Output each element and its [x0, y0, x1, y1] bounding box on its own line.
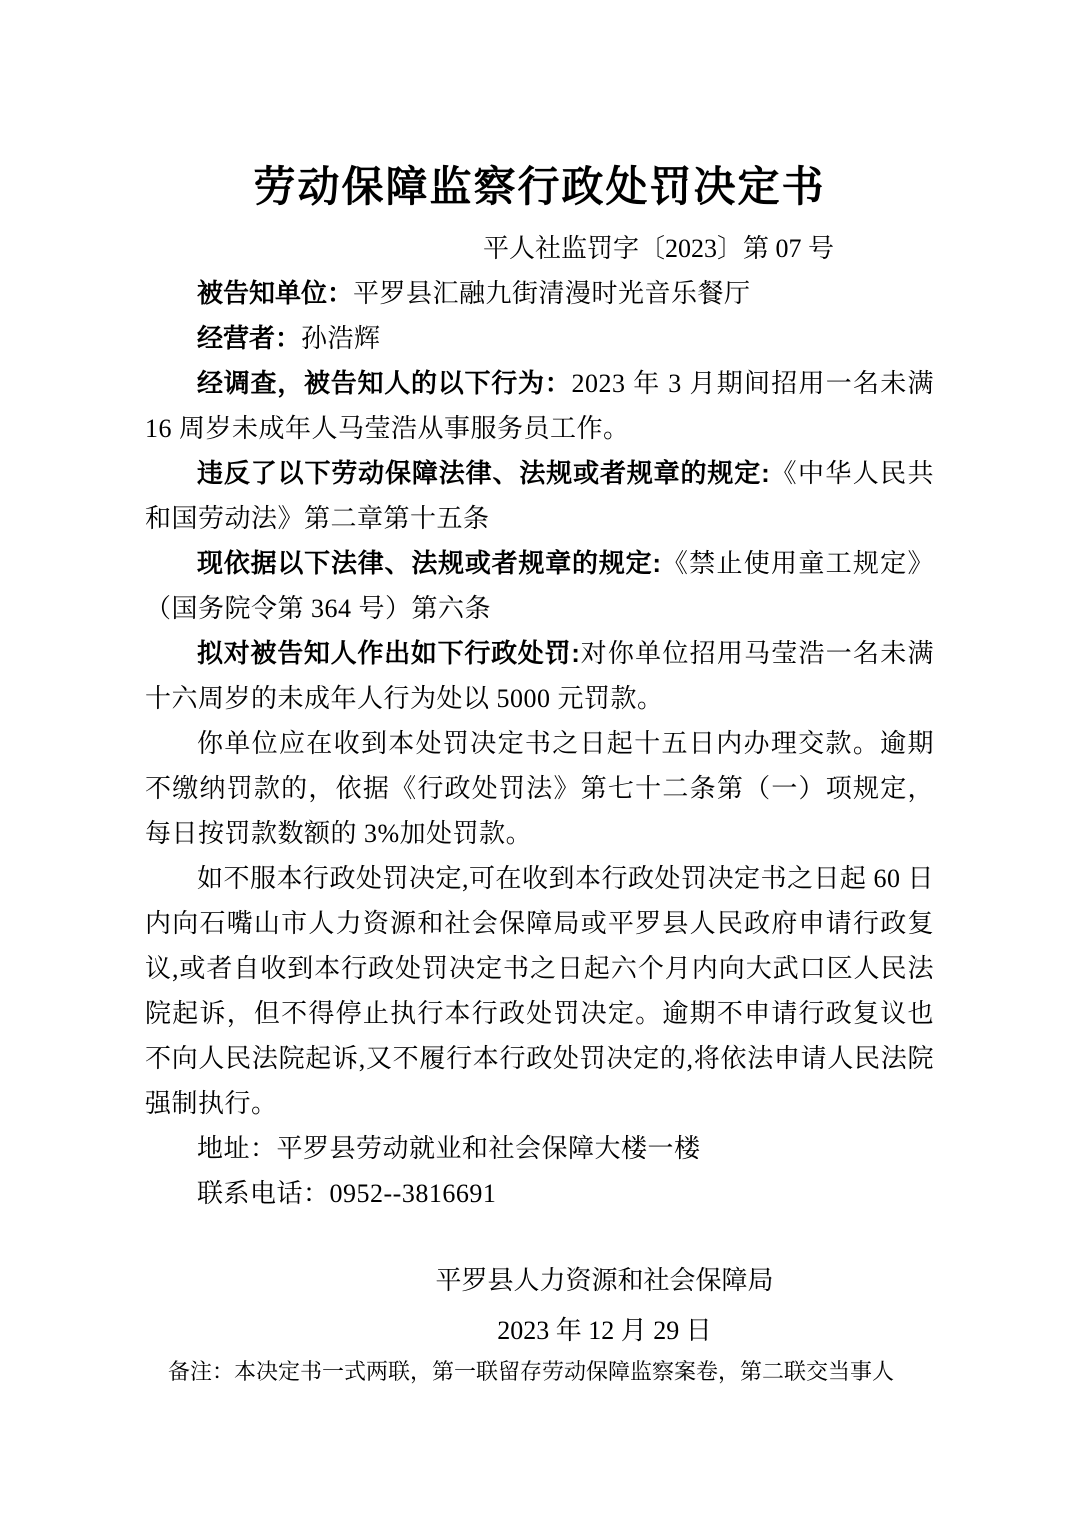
- paragraph-text: 联系电话：0952--3816691: [197, 1179, 496, 1208]
- paragraph-text: 如不服本行政处罚决定,可在收到本行政处罚决定书之日起 60 日内向石嘴山市人力资…: [145, 864, 934, 1118]
- paragraph-phone: 联系电话：0952--3816691: [145, 1171, 934, 1216]
- signature-block: 平罗县人力资源和社会保障局 2023 年 12 月 29 日: [275, 1256, 934, 1356]
- paragraph-lead: 经营者：: [197, 323, 301, 353]
- paragraph-lead: 经调查，被告知人的以下行为：: [197, 368, 571, 398]
- paragraph-text: 平罗县汇融九街清漫时光音乐餐厅: [353, 279, 751, 308]
- paragraph-lead: 违反了以下劳动保障法律、法规或者规章的规定:: [197, 458, 770, 488]
- document-page: 劳动保障监察行政处罚决定书 平人社监罚字〔2023〕第 07 号 被告知单位：平…: [0, 0, 1074, 1520]
- paragraph-address: 地址：平罗县劳动就业和社会保障大楼一楼: [145, 1126, 934, 1171]
- paragraph-investigation: 经调查，被告知人的以下行为：2023 年 3 月期间招用一名未满 16 周岁未成…: [145, 361, 934, 451]
- paragraph-payment-deadline: 你单位应在收到本处罚决定书之日起十五日内办理交款。逾期不缴纳罚款的，依据《行政处…: [145, 721, 934, 856]
- signature-date: 2023 年 12 月 29 日: [275, 1306, 934, 1356]
- footnote: 备注：本决定书一式两联，第一联留存劳动保障监察案卷，第二联交当事人: [145, 1356, 934, 1388]
- paragraph-lead: 现依据以下法律、法规或者规章的规定:: [197, 548, 661, 578]
- paragraph-text: 你单位应在收到本处罚决定书之日起十五日内办理交款。逾期不缴纳罚款的，依据《行政处…: [145, 729, 934, 848]
- paragraph-legal-basis: 现依据以下法律、法规或者规章的规定:《禁止使用童工规定》（国务院令第 364 号…: [145, 541, 934, 631]
- paragraph-lead: 拟对被告知人作出如下行政处罚:: [197, 638, 580, 668]
- signature-agency: 平罗县人力资源和社会保障局: [275, 1256, 934, 1306]
- paragraph-penalty-decision: 拟对被告知人作出如下行政处罚:对你单位招用马莹浩一名未满十六周岁的未成年人行为处…: [145, 631, 934, 721]
- paragraph-lead: 被告知单位：: [197, 278, 353, 308]
- document-number: 平人社监罚字〔2023〕第 07 号: [145, 226, 934, 271]
- paragraph-text: 孙浩辉: [301, 324, 381, 353]
- paragraph-operator: 经营者：孙浩辉: [145, 316, 934, 361]
- paragraph-text: 地址：平罗县劳动就业和社会保障大楼一楼: [197, 1134, 701, 1163]
- paragraph-violation: 违反了以下劳动保障法律、法规或者规章的规定:《中华人民共和国劳动法》第二章第十五…: [145, 451, 934, 541]
- paragraph-appeal-rights: 如不服本行政处罚决定,可在收到本行政处罚决定书之日起 60 日内向石嘴山市人力资…: [145, 856, 934, 1126]
- paragraph-notified-unit: 被告知单位：平罗县汇融九街清漫时光音乐餐厅: [145, 271, 934, 316]
- page-title: 劳动保障监察行政处罚决定书: [145, 162, 934, 214]
